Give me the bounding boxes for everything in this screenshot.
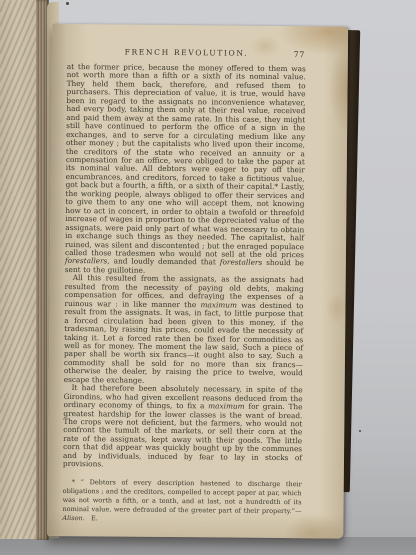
text-column: FRENCH REVOLUTION. 77 at the former pric… bbox=[62, 47, 306, 532]
text-run: at the former price, because the money o… bbox=[65, 62, 306, 259]
paragraph: All this resulted from the assignats, as… bbox=[64, 274, 304, 386]
text-run: E. bbox=[85, 514, 98, 522]
italic-run: Alison. bbox=[62, 514, 84, 522]
page-number: 77 bbox=[294, 50, 305, 59]
italic-run: forestallers bbox=[220, 258, 263, 267]
footnote: * “ Debtors of every description hastene… bbox=[62, 478, 301, 526]
paragraph: It had therefore been absolutely necessa… bbox=[63, 384, 303, 471]
dust-speck bbox=[359, 430, 361, 432]
book-page: FRENCH REVOLUTION. 77 at the former pric… bbox=[47, 24, 348, 539]
text-run: was destined to result from the assignat… bbox=[64, 300, 304, 384]
body-text: at the former price, because the money o… bbox=[63, 63, 306, 471]
text-run: * “ Debtors of every description hastene… bbox=[62, 478, 301, 515]
running-header: FRENCH REVOLUTION. 77 bbox=[67, 47, 306, 61]
table-surface bbox=[0, 537, 416, 555]
text-run: for grain. The greatest hardship for the… bbox=[63, 402, 303, 469]
book-photograph: { "scene": { "background_color": "#c8c9c… bbox=[0, 0, 416, 555]
dust-speck bbox=[66, 2, 69, 5]
header-title: FRENCH REVOLUTION. bbox=[67, 47, 306, 58]
paragraph: at the former price, because the money o… bbox=[65, 63, 306, 277]
